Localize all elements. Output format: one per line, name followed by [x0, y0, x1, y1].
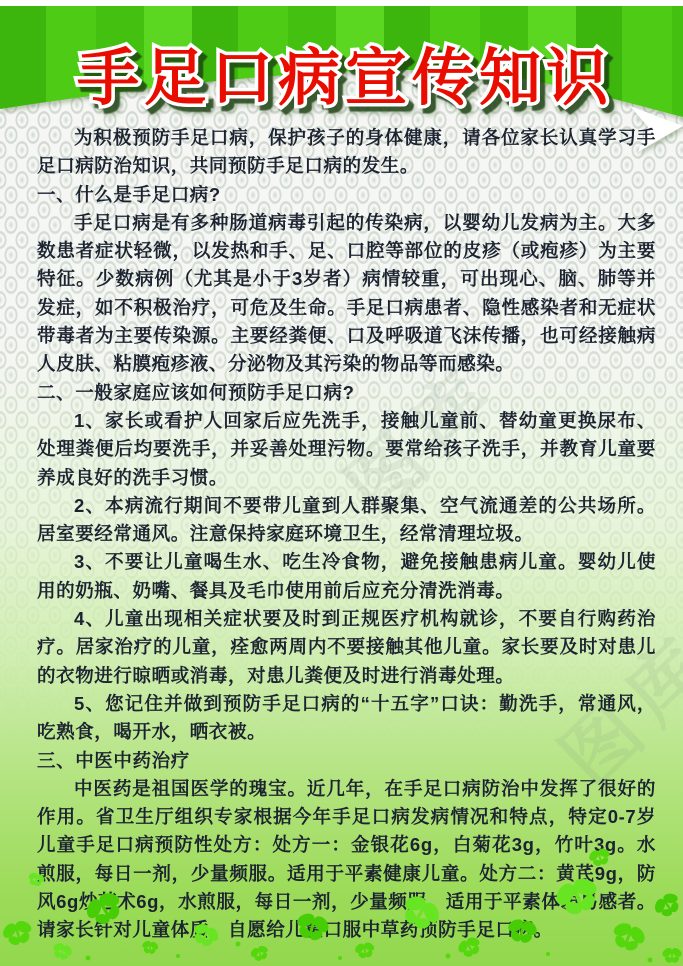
section-2-item-3: 3、不要让儿童喝生水、吃生冷食物，避免接触患病儿童。婴幼儿使用的奶瓶、奶嘴、餐具…	[37, 548, 656, 605]
section-3-heading: 三、中医中药治疗	[37, 747, 656, 775]
poster-title-text: 手足口病宣传知识	[77, 44, 613, 113]
section-2-item-1: 1、家长或看护人回家后应先洗手，接触儿童前、替幼童更换尿布、处理粪便后均要洗手，…	[37, 407, 656, 492]
section-3-paragraph: 中医药是祖国医学的瑰宝。近几年，在手足口病防治中发挥了很好的作用。省卫生厅组织专…	[37, 775, 656, 945]
section-2-heading: 二、一般家庭应该如何预防手足口病?	[37, 379, 656, 407]
poster: 图库 图库 手足口病宣传知识 为积极预防手足口病，保护孩子的身体健康，请各位家长…	[0, 0, 683, 966]
section-2-item-4: 4、儿童出现相关症状要及时到正规医疗机构就诊，不要自行购药治疗。居家治疗的儿童，…	[37, 605, 656, 690]
poster-body: 为积极预防手足口病，保护孩子的身体健康，请各位家长认真学习手足口病防治知识，共同…	[37, 124, 656, 945]
section-1-heading: 一、什么是手足口病?	[37, 181, 656, 209]
intro-paragraph: 为积极预防手足口病，保护孩子的身体健康，请各位家长认真学习手足口病防治知识，共同…	[37, 124, 656, 181]
section-1-paragraph: 手足口病是有多种肠道病毒引起的传染病，以婴幼儿发病为主。大多数患者症状轻微，以发…	[37, 209, 656, 379]
section-2-item-5: 5、您记住并做到预防手足口病的“十五字”口诀：勤洗手，常通风，吃熟食，喝开水，晒…	[37, 690, 656, 747]
section-2-item-2: 2、本病流行期间不要带儿童到人群聚集、空气流通差的公共场所。居室要经常通风。注意…	[37, 492, 656, 549]
